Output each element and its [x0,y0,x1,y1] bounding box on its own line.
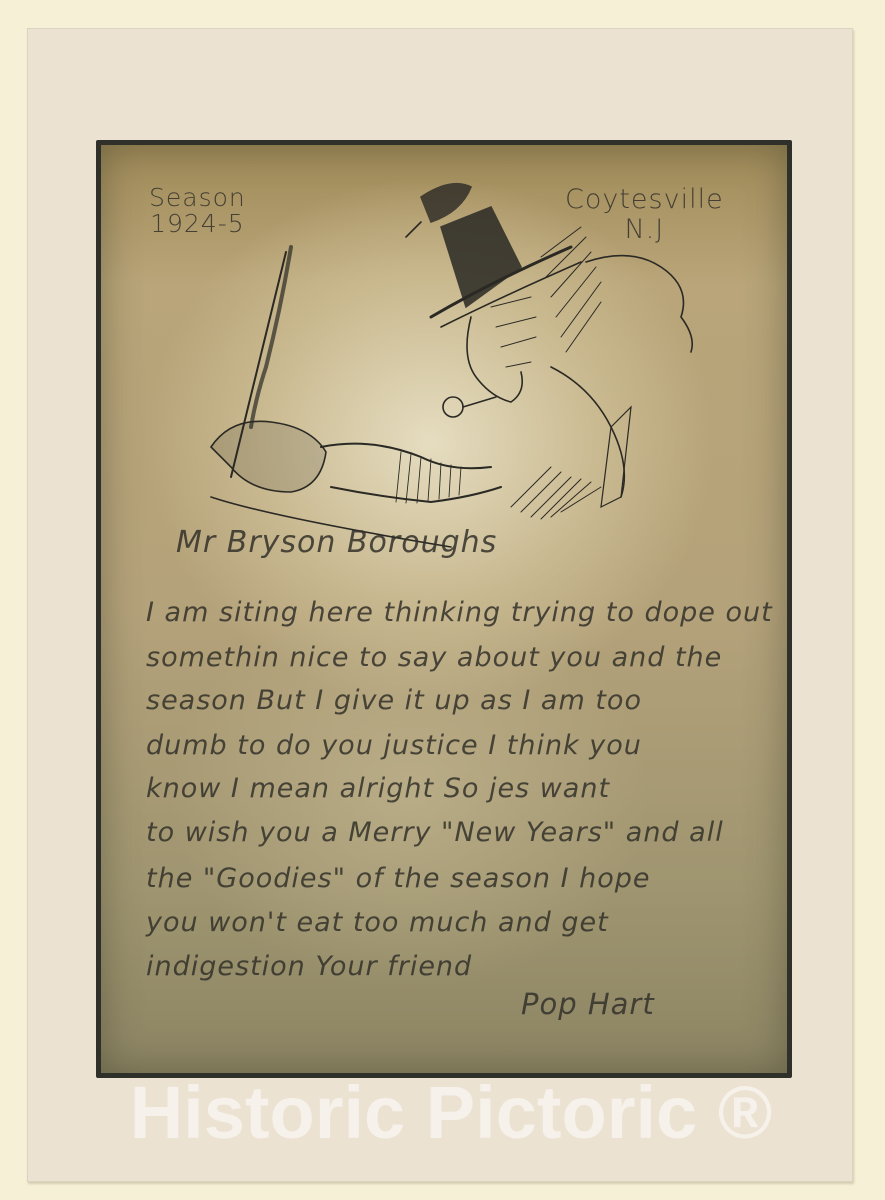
etching-plate: Season 1924-5 Coytesville N.J [96,140,792,1078]
letter-line-3: season But I give it up as I am too [146,685,642,716]
letter-line-7: the "Goodies" of the season I hope [146,863,651,894]
salutation: Mr Bryson Boroughs [176,525,497,560]
letter-line-9: indigestion Your friend [146,951,472,982]
letter-line-2: somethin nice to say about you and the [146,642,722,673]
letter-line-8: you won't eat too much and get [146,907,609,938]
signature: Pop Hart [521,987,655,1021]
letter-line-4: dumb to do you justice I think you [146,730,642,761]
letter-line-5: know I mean alright So jes want [146,773,610,804]
letter-line-1: I am siting here thinking trying to dope… [146,597,773,628]
watermark: Historic Pictoric ® [36,1070,866,1155]
letter-line-6: to wish you a Merry "New Years" and all [146,817,724,848]
man-writing-illustration [191,167,711,587]
